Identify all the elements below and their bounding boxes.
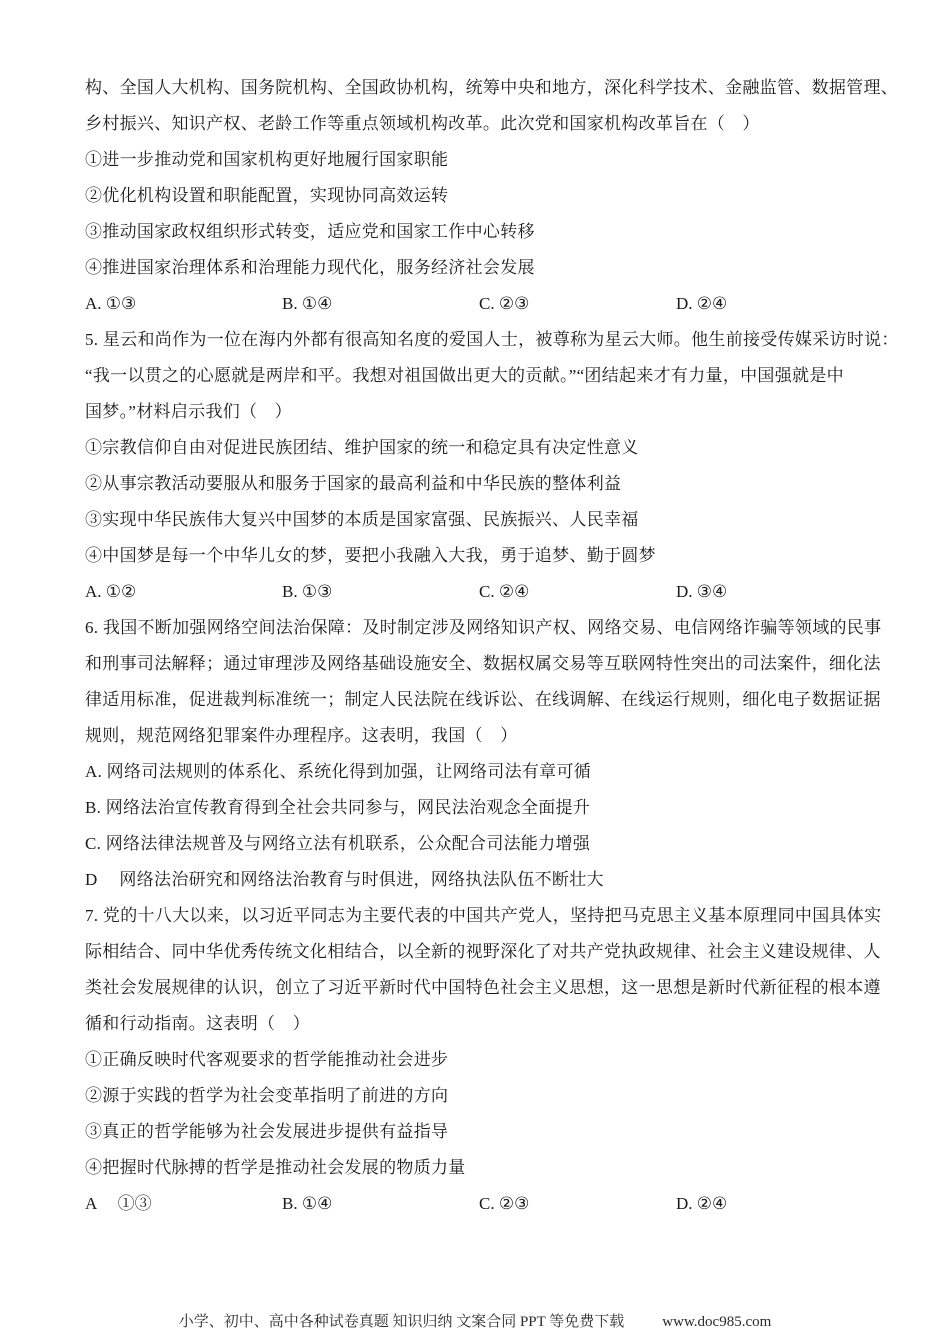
q4-statement-2: ②优化机构设置和职能配置，实现协同高效运转 bbox=[85, 178, 877, 214]
q5-statement-1: ①宗教信仰自由对促进民族团结、维护国家的统一和稳定具有决定性意义 bbox=[85, 430, 877, 466]
q7-choice-a: A ①③ bbox=[85, 1186, 282, 1222]
q7-stem-line: 循和行动指南。这表明（ ） bbox=[85, 1006, 877, 1042]
q4-statement-1: ①进一步推动党和国家机构更好地履行国家职能 bbox=[85, 142, 877, 178]
q7-statement-2: ②源于实践的哲学为社会变革指明了前进的方向 bbox=[85, 1078, 877, 1114]
question-6-block: 6. 我国不断加强网络空间法治保障：及时制定涉及网络知识产权、网络交易、电信网络… bbox=[85, 610, 877, 898]
q6-stem-line: 规则，规范网络犯罪案件办理程序。这表明，我国（ ） bbox=[85, 718, 877, 754]
q6-stem-line: 和刑事司法解释；通过审理涉及网络基础设施安全、数据权属交易等互联网特性突出的司法… bbox=[85, 646, 877, 682]
q5-choice-b: B. ①③ bbox=[282, 574, 479, 610]
q7-choices-row: A ①③ B. ①④ C. ②③ D. ②④ bbox=[85, 1186, 877, 1222]
q6-stem-line: 律适用标准，促进裁判标准统一；制定人民法院在线诉讼、在线调解、在线运行规则，细化… bbox=[85, 682, 877, 718]
q5-statement-3: ③实现中华民族伟大复兴中国梦的本质是国家富强、民族振兴、人民幸福 bbox=[85, 502, 877, 538]
q4-statement-4: ④推进国家治理体系和治理能力现代化，服务经济社会发展 bbox=[85, 250, 877, 286]
q7-stem-line: 类社会发展规律的认识，创立了习近平新时代中国特色社会主义思想，这一思想是新时代新… bbox=[85, 970, 877, 1006]
q4-stem-line: 构、全国人大机构、国务院机构、全国政协机构，统筹中央和地方，深化科学技术、金融监… bbox=[85, 70, 877, 106]
q6-stem-line: 6. 我国不断加强网络空间法治保障：及时制定涉及网络知识产权、网络交易、电信网络… bbox=[85, 610, 877, 646]
q5-stem-line: “我一以贯之的心愿就是两岸和平。我想对祖国做出更大的贡献。”“团结起来才有力量，… bbox=[85, 358, 877, 394]
q7-statement-3: ③真正的哲学能够为社会发展进步提供有益指导 bbox=[85, 1114, 877, 1150]
footer-text: 小学、初中、高中各种试卷真题 知识归纳 文案合同 PPT 等免费下载 bbox=[179, 1314, 625, 1330]
q5-statement-4: ④中国梦是每一个中华儿女的梦，要把小我融入大我，勇于追梦、勤于圆梦 bbox=[85, 538, 877, 574]
q4-choices-row: A. ①③ B. ①④ C. ②③ D. ②④ bbox=[85, 286, 877, 322]
q6-choice-c: C. 网络法律法规普及与网络立法有机联系，公众配合司法能力增强 bbox=[85, 826, 877, 862]
q5-choice-c: C. ②④ bbox=[479, 574, 676, 610]
question-7-block: 7. 党的十八大以来，以习近平同志为主要代表的中国共产党人，坚持把马克思主义基本… bbox=[85, 898, 877, 1222]
footer-watermark: 小学、初中、高中各种试卷真题 知识归纳 文案合同 PPT 等免费下载www.do… bbox=[0, 1310, 950, 1331]
q5-stem-line: 国梦。”材料启示我们（ ） bbox=[85, 394, 877, 430]
q4-stem-line: 乡村振兴、知识产权、老龄工作等重点领域机构改革。此次党和国家机构改革旨在（ ） bbox=[85, 106, 877, 142]
q4-choice-b: B. ①④ bbox=[282, 286, 479, 322]
q6-choice-b: B. 网络法治宣传教育得到全社会共同参与，网民法治观念全面提升 bbox=[85, 790, 877, 826]
q7-statement-1: ①正确反映时代客观要求的哲学能推动社会进步 bbox=[85, 1042, 877, 1078]
exam-page-content: 构、全国人大机构、国务院机构、全国政协机构，统筹中央和地方，深化科学技术、金融监… bbox=[85, 70, 877, 1222]
q6-choice-a: A. 网络司法规则的体系化、系统化得到加强，让网络司法有章可循 bbox=[85, 754, 877, 790]
q5-stem-line: 5. 星云和尚作为一位在海内外都有很高知名度的爱国人士，被尊称为星云大师。他生前… bbox=[85, 322, 877, 358]
q5-choices-row: A. ①② B. ①③ C. ②④ D. ③④ bbox=[85, 574, 877, 610]
q7-statement-4: ④把握时代脉搏的哲学是推动社会发展的物质力量 bbox=[85, 1150, 877, 1186]
q5-statement-2: ②从事宗教活动要服从和服务于国家的最高利益和中华民族的整体利益 bbox=[85, 466, 877, 502]
q7-choice-c: C. ②③ bbox=[479, 1186, 676, 1222]
q5-choice-a: A. ①② bbox=[85, 574, 282, 610]
q7-stem-line: 7. 党的十八大以来，以习近平同志为主要代表的中国共产党人，坚持把马克思主义基本… bbox=[85, 898, 877, 934]
q6-choice-d: D 网络法治研究和网络法治教育与时俱进，网络执法队伍不断壮大 bbox=[85, 862, 877, 898]
q4-choice-a: A. ①③ bbox=[85, 286, 282, 322]
question-5-block: 5. 星云和尚作为一位在海内外都有很高知名度的爱国人士，被尊称为星云大师。他生前… bbox=[85, 322, 877, 610]
q5-choice-d: D. ③④ bbox=[676, 574, 727, 610]
q4-statement-3: ③推动国家政权组织形式转变，适应党和国家工作中心转移 bbox=[85, 214, 877, 250]
q7-stem-line: 际相结合、同中华优秀传统文化相结合，以全新的视野深化了对共产党执政规律、社会主义… bbox=[85, 934, 877, 970]
q7-choice-d: D. ②④ bbox=[676, 1186, 727, 1222]
q7-choice-b: B. ①④ bbox=[282, 1186, 479, 1222]
footer-url-link[interactable]: www.doc985.com bbox=[662, 1314, 771, 1330]
question-4-block: 构、全国人大机构、国务院机构、全国政协机构，统筹中央和地方，深化科学技术、金融监… bbox=[85, 70, 877, 322]
q4-choice-d: D. ②④ bbox=[676, 286, 727, 322]
q4-choice-c: C. ②③ bbox=[479, 286, 676, 322]
